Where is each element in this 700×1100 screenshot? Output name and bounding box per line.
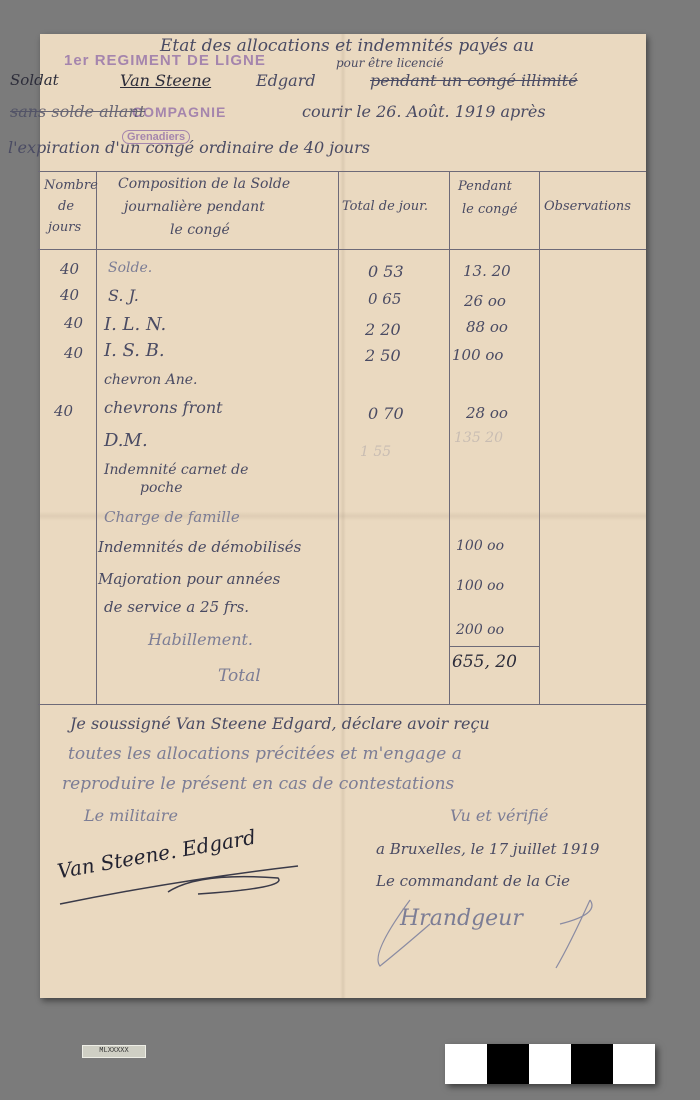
soldier-firstname: Edgard: [256, 71, 316, 90]
row-8-label-2: poche: [140, 480, 183, 496]
commander-signature-flourish: [360, 894, 620, 974]
header-composition-2: journalière pendant: [124, 199, 265, 215]
row-6-jours: 40: [54, 402, 73, 420]
regiment-stamp-line2: COMPAGNIE: [132, 104, 226, 120]
header-bottom-border: [38, 249, 646, 250]
signature-flourish: [58, 852, 318, 912]
header-pendant-2: le congé: [462, 202, 517, 217]
title-insert: pour être licencié: [336, 56, 444, 70]
row-7-label: D.M.: [104, 430, 148, 451]
row-5-label: chevron Ane.: [104, 372, 198, 388]
row-1-jours: 40: [60, 260, 79, 278]
row-3-jours: 40: [64, 314, 83, 332]
row-2-taux: 0 65: [368, 290, 401, 308]
row-10-label: Indemnités de démobilisés: [98, 538, 301, 556]
header-jours-2: de: [58, 199, 74, 214]
row-11-montant: 100 oo: [456, 578, 504, 594]
verified-label: Vu et vérifié: [450, 806, 548, 825]
col-divider-1: [96, 171, 97, 704]
title-line-3-struck: sans solde allant: [10, 102, 145, 121]
row-4-taux: 2 50: [365, 346, 401, 365]
row-4-label: I. S. B.: [104, 340, 165, 361]
row-6-montant: 28 oo: [466, 404, 508, 422]
title-line-1: Etat des allocations et indemnités payés…: [160, 36, 534, 56]
row-12-label: Habillement.: [148, 630, 253, 649]
header-taux: Total de jour.: [342, 199, 428, 214]
header-jours-1: Nombre: [44, 178, 98, 193]
total-value: 655, 20: [452, 652, 517, 672]
total-label: Total: [218, 666, 261, 686]
erased-taux: 1 55: [360, 444, 391, 460]
header-jours-3: jours: [48, 220, 81, 235]
row-2-montant: 26 oo: [464, 292, 506, 310]
row-1-taux: 0 53: [368, 262, 404, 281]
row-6-label: chevrons front: [104, 398, 223, 417]
calibration-swatch-white: [613, 1044, 655, 1084]
row-4-montant: 100 oo: [452, 346, 503, 364]
row-1-label: Solde.: [108, 260, 152, 276]
calibration-swatch-black: [571, 1044, 613, 1084]
header-composition-1: Composition de la Solde: [118, 176, 290, 192]
title-line-2-struck: pendant un congé illimité: [370, 71, 578, 90]
archive-label: MLXXXXX: [82, 1045, 146, 1058]
color-calibration-bar: [445, 1044, 655, 1084]
calibration-swatch-white: [529, 1044, 571, 1084]
row-12-montant: 200 oo: [456, 622, 504, 638]
soldier-surname: Van Steene: [120, 71, 211, 90]
row-11-label: Majoration pour années: [98, 570, 280, 588]
header-composition-3: le congé: [170, 222, 230, 238]
document-sheet: 1er REGIMENT DE LIGNE COMPAGNIE Grenadie…: [40, 34, 646, 998]
subtotal-line: [449, 646, 539, 647]
declaration-line-2: toutes les allocations précitées et m'en…: [68, 744, 462, 764]
declaration-line-1: Je soussigné Van Steene Edgard, déclare …: [70, 714, 490, 733]
calibration-swatch-black: [487, 1044, 529, 1084]
row-2-jours: 40: [60, 286, 79, 304]
col-divider-3: [449, 171, 450, 704]
row-3-montant: 88 oo: [466, 318, 508, 336]
soldier-label: Le militaire: [84, 806, 178, 825]
row-4-jours: 40: [64, 344, 83, 362]
title-line-3: courir le 26. Août. 1919 après: [302, 102, 546, 121]
row-3-taux: 2 20: [365, 320, 401, 339]
row-11-label-2: de service a 25 frs.: [104, 598, 249, 616]
table-bottom-border: [38, 704, 646, 705]
row-9-label: Charge de famille: [104, 508, 240, 526]
declaration-line-3: reproduire le présent en cas de contesta…: [62, 774, 454, 794]
row-8-label: Indemnité carnet de: [104, 462, 248, 478]
table-top-border: [38, 171, 646, 172]
row-1-montant: 13. 20: [463, 262, 511, 280]
row-10-montant: 100 oo: [456, 538, 504, 554]
erased-montant: 135 20: [454, 430, 503, 446]
header-observations: Observations: [544, 199, 631, 214]
header-pendant-1: Pendant: [458, 179, 512, 194]
col-divider-4: [539, 171, 540, 704]
title-line-4: l'expiration d'un congé ordinaire de 40 …: [8, 138, 370, 157]
col-divider-2: [338, 171, 339, 704]
commander-title: Le commandant de la Cie: [376, 872, 570, 890]
row-2-label: S. J.: [108, 286, 139, 305]
row-3-label: I. L. N.: [104, 314, 166, 335]
calibration-swatch-white: [445, 1044, 487, 1084]
title-prefix: Soldat: [10, 71, 59, 89]
row-6-taux: 0 70: [368, 404, 404, 423]
place-date: a Bruxelles, le 17 juillet 1919: [376, 840, 599, 858]
